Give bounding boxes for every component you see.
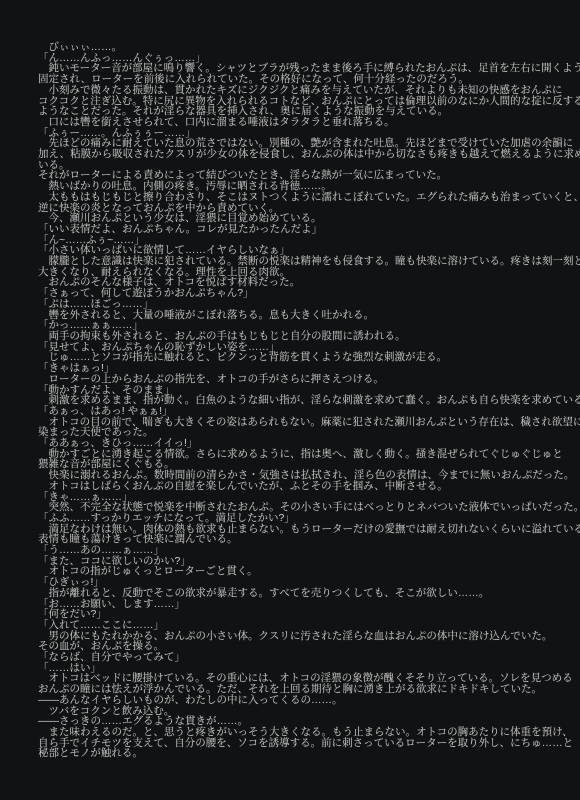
text-line: 小刻みで微々たる振動は、貫かれたキズにジクジクと痛みを与えていたが、それよりも未… [38, 85, 550, 96]
text-line: オトコはしばらくおんぷの自慰を楽しんでいたが、ふとその手を掴み、中断させる。 [38, 481, 550, 492]
novel-text-page: びぃぃぃ……。「ん……んふっ……んぐぅっ……」 鈍いモーター音が部屋に鳴り響く。… [0, 0, 580, 800]
text-line: 太ももはもじもじと擦り合わさり、そこはヌトつくように濡れこぼれていた。エグられた… [38, 192, 550, 203]
text-line: 加え、粘膜から吸収されたクスリが少女の体を侵食し、おんぷの体は中から切なさも疼き… [38, 149, 550, 160]
story-text-block: びぃぃぃ……。「ん……んふっ……んぐぅっ……」 鈍いモーター音が部屋に鳴り響く。… [38, 42, 550, 759]
text-line: 「ならば、自分でやってみて」 [38, 652, 550, 663]
text-line: じゅ……とソコが指先に触れると、ピクンっと背筋を貫くような強烈な刺激が走る。 [38, 352, 550, 363]
text-line: 「お……お願い、します……」 [38, 599, 550, 610]
text-line: ――あんなイヤらしいものが、わたしの中に入ってくるの……。 [38, 695, 550, 706]
text-line: 秘部とモノが触れる。 [38, 748, 550, 759]
text-line: 指が離れると、反動でそこの欲求が暴走する。すべてを売りつくしても、そこが欲しい…… [38, 588, 550, 599]
text-line: オトコの指がじゅくっとローターごと貫く。 [38, 566, 550, 577]
text-line: 「あぁっ、はあっ! やぁぁ!」 [38, 406, 550, 417]
text-line: ローターの上からおんぷの指先を、オトコの手がさらに押さえつける。 [38, 374, 550, 385]
text-line: 「ぷは……ほごっ……」 [38, 299, 550, 310]
